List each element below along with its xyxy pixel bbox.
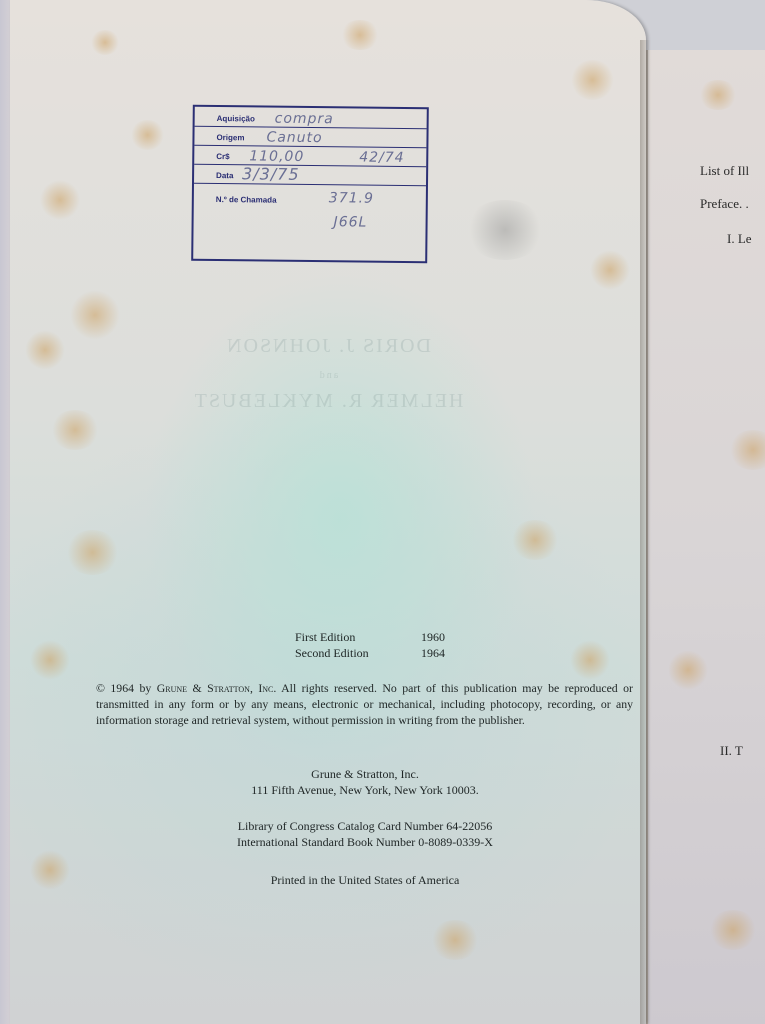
call-number-line1: 371.9 (329, 190, 374, 206)
edition-list: First Edition 1960 Second Edition 1964 (295, 629, 445, 661)
copyright-notice: © 1964 by Grune & Stratton, Inc. All rig… (96, 680, 633, 728)
publisher-block: Grune & Stratton, Inc. 111 Fifth Avenue,… (150, 766, 580, 798)
call-number-label: N.º de Chamada (216, 195, 277, 205)
show-through-author2: HELMER R. MYKLEBUST (10, 390, 646, 413)
edition-year: 1960 (421, 629, 445, 645)
publisher-address: 111 Fifth Avenue, New York, New York 100… (150, 782, 580, 798)
edition-year: 1964 (421, 645, 445, 661)
edition-label: First Edition (295, 629, 355, 645)
stamp-handwritten-extra: 42/74 (359, 150, 405, 166)
copyright-publisher: Grune & Stratton, Inc. (157, 681, 277, 695)
library-stamp: Aquisição compra Origem Canuto Cr$ 110,0… (191, 105, 429, 263)
toc-item: II. T (720, 743, 743, 759)
isbn: International Standard Book Number 0-808… (150, 834, 580, 850)
call-number-line2: J66L (334, 214, 368, 230)
stamp-label: Cr$ (216, 152, 229, 161)
edition-second: Second Edition 1964 (295, 645, 445, 661)
stamp-label: Aquisição (217, 114, 255, 123)
spine-shadow (640, 40, 650, 1024)
copyright-year: © 1964 by (96, 681, 151, 695)
stamp-handwritten: compra (275, 111, 334, 128)
show-through-author1: DORIS J. JOHNSON (10, 335, 646, 358)
edition-label: Second Edition (295, 645, 369, 661)
publisher-name: Grune & Stratton, Inc. (150, 766, 580, 782)
toc-item: Preface. . (700, 196, 749, 212)
stamp-label: Origem (216, 133, 244, 142)
stamp-handwritten: Canuto (266, 130, 322, 147)
show-through-and: and (10, 370, 646, 381)
stamp-handwritten: 3/3/75 (242, 164, 300, 184)
stamp-label: Data (216, 171, 233, 180)
stamp-row-date: Data 3/3/75 (194, 164, 426, 186)
stain (465, 200, 545, 260)
toc-item: List of Ill (700, 163, 749, 179)
catalog-block: Library of Congress Catalog Card Number … (150, 818, 580, 850)
edition-first: First Edition 1960 (295, 629, 445, 645)
stamp-handwritten: 110,00 (249, 148, 304, 165)
printed-in: Printed in the United States of America (150, 872, 580, 888)
lccn: Library of Congress Catalog Card Number … (150, 818, 580, 834)
toc-item: I. Le (727, 231, 752, 247)
